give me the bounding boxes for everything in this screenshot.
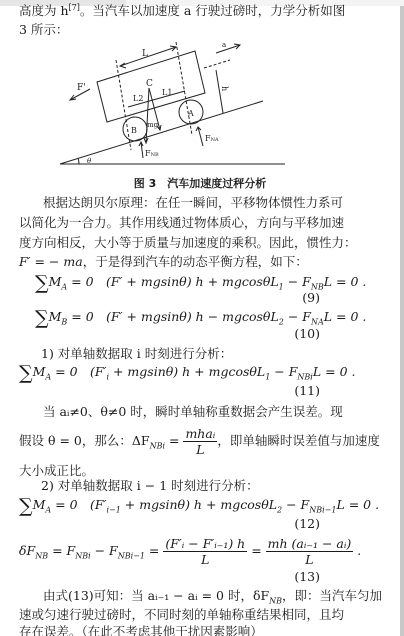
sum-symbol: ∑ — [19, 362, 33, 384]
conclusion-line-1: 由式(13)可知：当 aᵢ₋₁ − aᵢ = 0 时，δFNB，即：当汽车匀加 — [43, 588, 382, 604]
para1-line-4-text: ，于是得到汽车的动态平衡方程，如下： — [83, 254, 308, 269]
para1-line-4: F′ = − ma，于是得到汽车的动态平衡方程，如下： — [19, 254, 308, 270]
step-1-heading: 1) 对单轴数据取 i 时刻进行分析： — [41, 346, 232, 362]
vertical-scrollbar[interactable] — [400, 6, 404, 636]
citation-ref[interactable]: [7] — [69, 3, 80, 12]
svg-text:a: a — [222, 41, 226, 49]
svg-text:mg: mg — [147, 121, 159, 129]
equation-number-11: (11) — [294, 383, 320, 399]
sum-symbol: ∑ — [19, 495, 33, 517]
svg-text:L: L — [142, 49, 148, 59]
equation-number-10: (10) — [294, 326, 320, 342]
svg-text:L2: L2 — [133, 94, 143, 103]
sum-symbol: ∑ — [35, 307, 49, 329]
equation-number-9: (9) — [302, 290, 320, 306]
paper-page: 高度为 h[7]。当汽车以加速度 a 行驶过磅时，力学分析如图 3 所示： — [0, 0, 400, 636]
svg-text:B: B — [131, 126, 137, 135]
fraction: mh (aᵢ₋₁ − aᵢ)L — [266, 536, 354, 567]
equation-number-13: (13) — [294, 569, 320, 585]
conclusion-line-3: 存在误差。（在此不考虑其他干扰因素影响） — [19, 624, 263, 636]
equation-9: ∑MA = 0 (F′ + mgsinθ) h + mgcosθL1 − FNB… — [35, 274, 366, 291]
force-diagram: L a F' C L1 L2 h A B mg FNA FNB θ — [55, 40, 295, 175]
svg-text:FNA: FNA — [205, 134, 219, 143]
svg-text:C: C — [146, 79, 153, 89]
intro-line-2: 3 所示： — [19, 22, 68, 38]
sum-symbol: ∑ — [35, 272, 49, 294]
equation-10: ∑MB = 0 (F′ + mgsinθ) h − mgcosθL2 − FNA… — [35, 309, 366, 326]
equation-13: δFNB = FNBi − FNBi−1 = (F′ᵢ − F′ᵢ₋₁) hL … — [19, 535, 361, 567]
svg-text:FNB: FNB — [145, 149, 159, 158]
fraction: mhaᵢL — [183, 426, 217, 457]
equation-12: ∑MA = 0 (F′i−1 + mgsinθ) h + mgcosθL2 − … — [19, 497, 379, 514]
step-2-heading: 2) 对单轴数据取 i − 1 时刻进行分析： — [41, 478, 259, 494]
intro-text: 高度为 h — [19, 3, 69, 18]
para1-line-3: 度方向相反，大小等于质量与加速度的乘积。因此，惯性力： — [19, 235, 357, 251]
para2-line-1: 当 aᵢ≠0、θ≠0 时，瞬时单轴称重数据会产生误差。现 — [43, 404, 343, 420]
fraction: (F′ᵢ − F′ᵢ₋₁) hL — [163, 536, 247, 567]
svg-text:F': F' — [77, 83, 86, 93]
conclusion-line-2: 速或匀速行驶过磅时，不同时刻的单轴称重结果相同，且均 — [19, 607, 344, 623]
para2-line-2: 假设 θ = 0，那么：ΔFNBi = mhaᵢL，即单轴瞬时误差值与加速度 — [19, 425, 380, 457]
svg-text:L1: L1 — [162, 88, 172, 97]
para1-line-2: 以简化为一合力。其作用线通过物体质心，方向与平移加速 — [19, 215, 344, 231]
equation-number-12: (12) — [294, 516, 320, 532]
intro-line-1: 高度为 h[7]。当汽车以加速度 a 行驶过磅时，力学分析如图 — [19, 3, 345, 19]
para1-line-1: 根据达朗贝尔原理：在任一瞬间，平移物体惯性力系可 — [43, 195, 343, 211]
inertia-formula: F′ = − ma — [19, 254, 83, 269]
intro-text-rest: 。当汽车以加速度 a 行驶过磅时，力学分析如图 — [80, 3, 345, 18]
svg-text:A: A — [187, 109, 194, 118]
para2-line-3: 大小成正比。 — [19, 463, 94, 479]
equation-11: ∑MA = 0 (F′i + mgsinθ) h + mgcosθL1 − FN… — [19, 364, 355, 381]
figure-caption: 图 3 汽车加速度过秤分析 — [0, 176, 400, 192]
svg-text:h: h — [220, 86, 229, 91]
